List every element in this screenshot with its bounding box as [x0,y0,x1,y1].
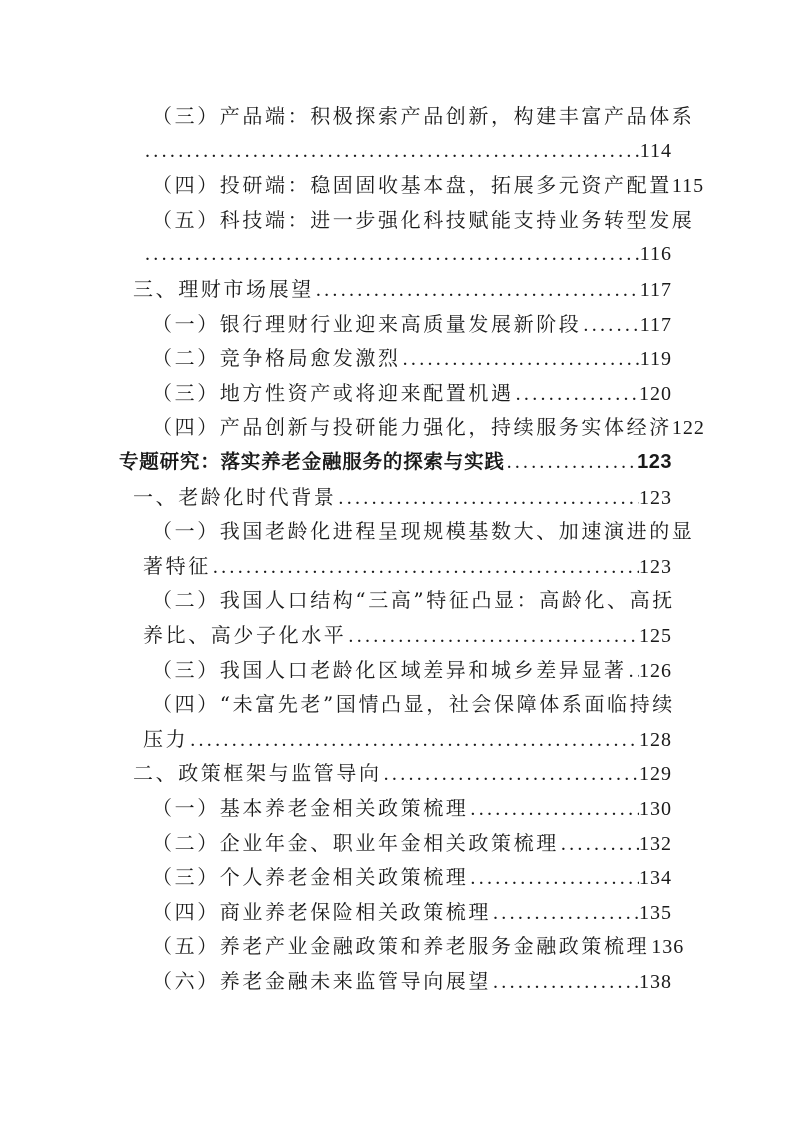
toc-entry-title: （三）产品端：积极探索产品创新，构建丰富产品体系 [152,99,694,134]
toc-entry-title: 压力 [143,722,188,757]
toc-leader-dots [213,550,639,585]
toc-page-number: 116 [640,237,672,272]
toc-entry-title: （五）科技端：进一步强化科技赋能支持业务转型发展 [152,203,694,238]
toc-entry-title: 养比、高少子化水平 [143,618,346,653]
toc-page-number: 120 [639,377,672,412]
toc-entry-title: （二）我国人口结构“三高”特征凸显：高龄化、高抚 [152,583,675,618]
toc-entry-title: （三）地方性资产或将迎来配置机遇 [152,376,514,411]
toc-entry[interactable]: （四）“未富先老”国情凸显，社会保障体系面临持续 [152,687,672,722]
toc-page-number: 123 [637,445,672,480]
toc-entry-title: 二、政策框架与监管导向 [133,756,382,791]
toc-page-number: 128 [639,723,672,758]
toc-entry[interactable]: （六）养老金融未来监管导向展望 138 [152,964,672,999]
toc-entry-title: （四）商业养老保险相关政策梳理 [152,895,491,930]
toc-page-number: 119 [640,342,672,377]
toc-entry-title: （二）企业年金、职业年金相关政策梳理 [152,826,559,861]
toc-leader-dots [145,237,640,272]
toc-page-number: 129 [639,757,672,792]
toc-entry[interactable]: （一）我国老龄化进程呈现规模基数大、加速演进的显 [152,514,672,549]
toc-entry[interactable]: （四）产品创新与投研能力强化，持续服务实体经济 122 [152,410,672,445]
toc-page-number: 136 [651,930,684,965]
toc-entry-continuation[interactable]: 压力 128 [143,722,672,757]
toc-entry[interactable]: （二）竞争格局愈发激烈 119 [152,341,672,376]
toc-entry-title: （一）我国老龄化进程呈现规模基数大、加速演进的显 [152,514,694,549]
toc-entry[interactable]: （四）商业养老保险相关政策梳理 135 [152,895,672,930]
toc-leader-dots [470,792,639,827]
toc-leader-dots [493,965,639,1000]
toc-entry-continuation[interactable]: 著特征 123 [143,549,672,584]
toc-entry-title: （四）“未富先老”国情凸显，社会保障体系面临持续 [152,687,675,722]
toc-entry-continuation[interactable]: 114 [143,134,672,169]
toc-entry-continuation[interactable]: 116 [143,237,672,272]
toc-section-heading[interactable]: 专题研究：落实养老金融服务的探索与实践 123 [119,445,672,480]
toc-entry[interactable]: （一）银行理财行业迎来高质量发展新阶段 117 [152,307,672,342]
toc-page-number: 138 [639,965,672,1000]
toc-entry-title: 一、老龄化时代背景 [133,480,336,515]
toc-page-number: 130 [639,792,672,827]
toc-leader-dots [493,896,639,931]
toc-page-number: 117 [640,308,672,343]
toc-entry-title: （五）养老产业金融政策和养老服务金融政策梳理 [152,929,649,964]
toc-leader-dots [190,723,639,758]
toc-leader-dots [629,654,639,689]
toc-leader-dots [507,446,637,481]
toc-entry-title: （三）我国人口老龄化区域差异和城乡差异显著 [152,653,627,688]
toc-leader-dots [403,342,640,377]
toc-entry[interactable]: （三）个人养老金相关政策梳理 134 [152,860,672,895]
toc-page-number: 125 [639,619,672,654]
toc-entry-title: （六）养老金融未来监管导向展望 [152,964,491,999]
toc-page-number: 117 [640,273,672,308]
toc-leader-dots [348,619,639,654]
toc-entry[interactable]: （三）我国人口老龄化区域差异和城乡差异显著 126 [152,653,672,688]
toc-entry-title: （三）个人养老金相关政策梳理 [152,860,468,895]
toc-entry[interactable]: （四）投研端：稳固固收基本盘，拓展多元资产配置 115 [152,168,672,203]
toc-entry[interactable]: 二、政策框架与监管导向 129 [133,756,672,791]
toc-page-number: 122 [672,411,705,446]
toc-entry[interactable]: （三）产品端：积极探索产品创新，构建丰富产品体系 [152,99,672,134]
toc-page-number: 132 [639,827,672,862]
toc-entry[interactable]: （二）企业年金、职业年金相关政策梳理 132 [152,826,672,861]
toc-entry-title: （二）竞争格局愈发激烈 [152,341,401,376]
toc-entry[interactable]: （三）地方性资产或将迎来配置机遇 120 [152,376,672,411]
toc-entry-title: 三、理财市场展望 [133,272,314,307]
toc-page-number: 123 [639,550,672,585]
toc-leader-dots [583,308,639,343]
toc-entry[interactable]: （一）基本养老金相关政策梳理 130 [152,791,672,826]
toc-page-number: 114 [640,134,672,169]
toc-leader-dots [338,481,639,516]
toc-page-number: 115 [672,169,704,204]
toc-entry[interactable]: 一、老龄化时代背景 123 [133,480,672,515]
toc-page-number: 135 [639,896,672,931]
toc-leader-dots [316,273,640,308]
toc-entry[interactable]: （二）我国人口结构“三高”特征凸显：高龄化、高抚 [152,583,672,618]
toc-entry[interactable]: （五）养老产业金融政策和养老服务金融政策梳理 136 [152,929,672,964]
toc-leader-dots [384,757,639,792]
toc-entry-title: （四）投研端：稳固固收基本盘，拓展多元资产配置 [152,168,672,203]
toc-entry[interactable]: 三、理财市场展望 117 [133,272,672,307]
toc-entry-title: （一）基本养老金相关政策梳理 [152,791,468,826]
toc-page-number: 134 [639,861,672,896]
toc-leader-dots [470,861,639,896]
toc-page-number: 123 [639,481,672,516]
toc-leader-dots [561,827,639,862]
toc-entry-continuation[interactable]: 养比、高少子化水平 125 [143,618,672,653]
toc-leader-dots [145,134,640,169]
toc-leader-dots [516,377,639,412]
toc-entry[interactable]: （五）科技端：进一步强化科技赋能支持业务转型发展 [152,203,672,238]
toc-entry-title: （四）产品创新与投研能力强化，持续服务实体经济 [152,410,672,445]
toc-entry-title: （一）银行理财行业迎来高质量发展新阶段 [152,307,581,342]
toc-entry-title: 专题研究：落实养老金融服务的探索与实践 [119,445,505,480]
toc-entry-title: 著特征 [143,549,211,584]
toc-page-number: 126 [639,654,672,689]
